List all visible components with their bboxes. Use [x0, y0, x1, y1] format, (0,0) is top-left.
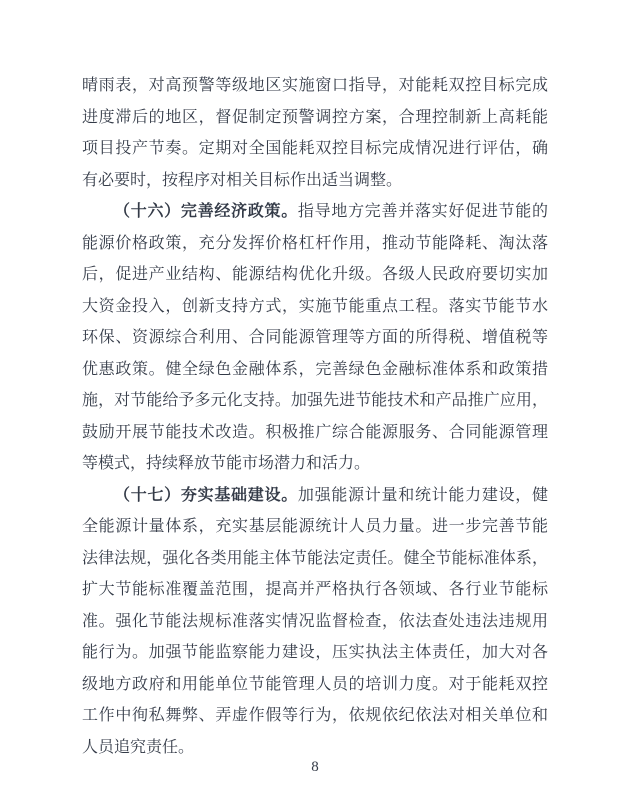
text-line: 准。强化节能法规标准落实情况监督检查，依法查处违法违规用: [82, 606, 548, 638]
text-line: 施，对节能给予多元化支持。加强先进节能技术和产品推广应用，: [82, 385, 548, 417]
text-line: 有必要时，按程序对相关目标作出适当调整。: [82, 165, 548, 197]
text-line: 扩大节能标准覆盖范围，提高并严格执行各领域、各行业节能标: [82, 574, 548, 606]
text-line: 等模式，持续释放节能市场潜力和活力。: [82, 448, 548, 480]
text-line: 进度滞后的地区，督促制定预警调控方案，合理控制新上高耗能: [82, 102, 548, 134]
document-body: 晴雨表，对高预警等级地区实施窗口指导，对能耗双控目标完成进度滞后的地区，督促制定…: [82, 70, 548, 763]
text-line: 项目投产节奏。定期对全国能耗双控目标完成情况进行评估，确: [82, 133, 548, 165]
text-line: 环保、资源综合利用、合同能源管理等方面的所得税、增值税等: [82, 322, 548, 354]
text-line: 鼓励开展节能技术改造。积极推广综合能源服务、合同能源管理: [82, 417, 548, 449]
text-line: 优惠政策。健全绿色金融体系，完善绿色金融标准体系和政策措: [82, 354, 548, 386]
text-line: 晴雨表，对高预警等级地区实施窗口指导，对能耗双控目标完成: [82, 70, 548, 102]
text-line: 大资金投入，创新支持方式，实施节能重点工程。落实节能节水: [82, 291, 548, 323]
text-line: （十七）夯实基础建设。加强能源计量和统计能力建设，健: [82, 480, 548, 512]
text-line: 后，促进产业结构、能源结构优化升级。各级人民政府要切实加: [82, 259, 548, 291]
section-heading: （十七）夯实基础建设。: [114, 487, 298, 504]
text-line: 法律法规，强化各类用能主体节能法定责任。健全节能标准体系，: [82, 543, 548, 575]
text-line: 能源价格政策，充分发挥价格杠杆作用，推动节能降耗、淘汰落: [82, 228, 548, 260]
text-line: 能行为。加强节能监察能力建设，压实执法主体责任，加大对各: [82, 637, 548, 669]
page-number: 8: [82, 752, 548, 782]
text-line: 工作中徇私舞弊、弄虚作假等行为，依规依纪依法对相关单位和: [82, 700, 548, 732]
text-line: 级地方政府和用能单位节能管理人员的培训力度。对于能耗双控: [82, 669, 548, 701]
section-heading: （十六）完善经济政策。: [114, 203, 298, 220]
text-line: 全能源计量体系，充实基层能源统计人员力量。进一步完善节能: [82, 511, 548, 543]
document-page: 晴雨表，对高预警等级地区实施窗口指导，对能耗双控目标完成进度滞后的地区，督促制定…: [0, 0, 629, 803]
text-line: （十六）完善经济政策。指导地方完善并落实好促进节能的: [82, 196, 548, 228]
